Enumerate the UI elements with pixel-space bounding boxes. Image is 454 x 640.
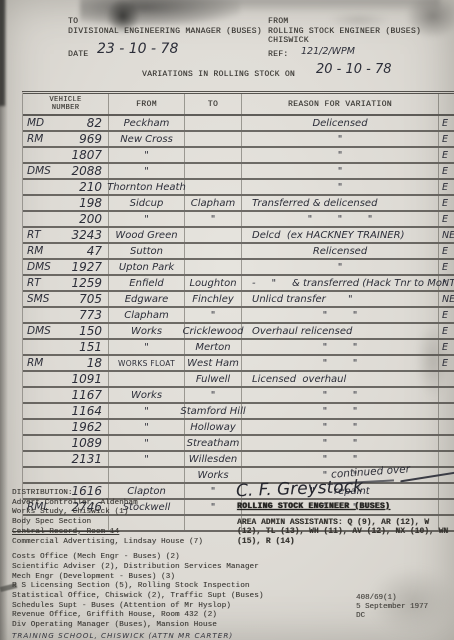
vehicle-number: 47 <box>87 244 102 258</box>
table-row: 1091FulwellLicensed overhaul <box>23 372 454 388</box>
to-cell: Holloway <box>185 420 242 434</box>
form-footer: 408/69(1) 5 September 1977 DC <box>356 594 428 621</box>
from-cell: " <box>109 404 185 418</box>
area-code-cell: E <box>439 148 454 162</box>
reason-cell: Unlicd transfer " <box>242 292 439 306</box>
to-cell: " <box>185 308 242 322</box>
vehicle-number: 198 <box>79 196 102 210</box>
from-value-location: CHISWICK <box>268 36 309 45</box>
to-cell: Clapham <box>185 196 242 210</box>
vehicle-number: 1164 <box>71 404 102 418</box>
to-cell: " <box>185 388 242 402</box>
vehicle-cell: MD82 <box>23 116 109 130</box>
vehicle-cell: 1962 <box>23 420 109 434</box>
form-number: 408/69(1) <box>356 594 428 603</box>
ref-value-handwritten: 121/2/WPM <box>301 46 355 57</box>
area-code-cell: E <box>439 132 454 146</box>
reason-cell: Relicensed <box>242 244 439 258</box>
vehicle-prefix: RM <box>27 357 43 369</box>
vehicle-prefix: DMS <box>27 165 51 177</box>
reason-cell: " <box>242 260 439 274</box>
header-vehicle-number: VEHICLE NUMBER <box>23 94 109 114</box>
table-row: 210Thornton Heath"E <box>23 180 454 196</box>
vehicle-cell: 198 <box>23 196 109 210</box>
table-row: RT1259EnfieldLoughton- " & transferred (… <box>23 276 454 292</box>
from-cell: Sutton <box>109 244 185 258</box>
area-code-cell: E <box>439 244 454 258</box>
distribution-item: Div Operating Manager (Buses), Mansion H… <box>12 621 312 631</box>
reason-cell: " " " <box>242 212 439 226</box>
area-code-cell: E <box>439 340 454 354</box>
header-vehicle-line1: VEHICLE <box>49 96 81 104</box>
to-cell: Finchley <box>185 292 242 306</box>
to-cell <box>185 260 242 274</box>
page-title: VARIATIONS IN ROLLING STOCK ON <box>142 70 295 79</box>
vehicle-prefix: DMS <box>27 325 51 337</box>
from-cell: " <box>109 452 185 466</box>
vehicle-number: 151 <box>79 340 102 354</box>
to-cell: Streatham <box>185 436 242 450</box>
reason-cell: " " <box>242 356 439 370</box>
from-cell: Peckham <box>109 116 185 130</box>
from-cell: Clapham <box>109 308 185 322</box>
vehicle-number: 210 <box>79 180 102 194</box>
from-cell <box>109 468 185 482</box>
from-cell: Wood Green <box>109 228 185 242</box>
header-code <box>439 94 454 114</box>
area-admin-assistants: AREA ADMIN ASSISTANTS: Q (9), AR (12), W… <box>237 518 454 546</box>
to-cell: Willesden <box>185 452 242 466</box>
form-initials: DC <box>356 612 428 621</box>
reason-cell: Licensed overhaul <box>242 372 439 386</box>
to-label: TO <box>68 17 78 26</box>
vehicle-number: 200 <box>79 212 102 226</box>
to-cell <box>185 132 242 146</box>
reason-cell: Delcd (ex HACKNEY TRAINER) <box>242 228 439 242</box>
table-row: DMS2088""E <box>23 164 454 180</box>
area-code-cell: E <box>439 212 454 226</box>
reason-cell: Transferred & delicensed <box>242 196 439 210</box>
vehicle-number: 2131 <box>71 452 102 466</box>
from-cell: Works <box>109 388 185 402</box>
from-cell: New Cross <box>109 132 185 146</box>
vehicle-number: 1259 <box>71 276 102 290</box>
table-row: 1167Works"" " <box>23 388 454 404</box>
to-cell <box>185 116 242 130</box>
to-value: DIVISIONAL ENGINEERING MANAGER (BUSES) <box>68 27 262 36</box>
vehicle-cell: DMS150 <box>23 324 109 338</box>
from-cell: Edgware <box>109 292 185 306</box>
vehicle-cell: 773 <box>23 308 109 322</box>
vehicle-cell: DMS2088 <box>23 164 109 178</box>
vehicle-cell: 2131 <box>23 452 109 466</box>
reason-cell: " <box>242 148 439 162</box>
area-code-cell <box>439 372 454 386</box>
reason-cell: " " <box>242 420 439 434</box>
reason-cell: " " <box>242 388 439 402</box>
vehicle-cell <box>23 468 109 482</box>
distribution-item: R S Licensing Section (5), Rolling Stock… <box>12 582 312 592</box>
date-value-handwritten: 23 - 10 - 78 <box>97 41 178 57</box>
table-row: RM47SuttonRelicensedE <box>23 244 454 260</box>
from-cell: Thornton Heath <box>109 180 185 194</box>
table-row: 1807""E <box>23 148 454 164</box>
vehicle-cell: 151 <box>23 340 109 354</box>
distribution-item: Costs Office (Mech Engr - Buses) (2) <box>12 553 312 563</box>
vehicle-cell: 1807 <box>23 148 109 162</box>
header-vehicle-line2: NUMBER <box>52 104 80 112</box>
distribution-item: Revenue Office, Griffith House, Room 432… <box>12 611 312 621</box>
distribution-item: Schedules Supt - Buses (Attention of Mr … <box>12 602 312 612</box>
vehicle-number: 3243 <box>71 228 102 242</box>
to-cell <box>185 180 242 194</box>
from-cell: Enfield <box>109 276 185 290</box>
reason-cell: " <box>242 164 439 178</box>
table-row: SMS705EdgwareFinchleyUnlicd transfer "NE… <box>23 292 454 308</box>
area-code-cell: E <box>439 116 454 130</box>
area-code-cell <box>439 420 454 434</box>
title-date-handwritten: 20 - 10 - 78 <box>316 62 392 77</box>
from-cell: " <box>109 436 185 450</box>
vehicle-cell: SMS705 <box>23 292 109 306</box>
to-cell: Fulwell <box>185 372 242 386</box>
area-code-cell: E <box>439 180 454 194</box>
from-cell: Sidcup <box>109 196 185 210</box>
from-cell: Upton Park <box>109 260 185 274</box>
reason-cell: " " <box>242 436 439 450</box>
to-cell: Cricklewood <box>185 324 242 338</box>
to-cell: Stamford Hill <box>185 404 242 418</box>
to-cell <box>185 148 242 162</box>
from-cell: " <box>109 212 185 226</box>
table-row: RM969New Cross"E <box>23 132 454 148</box>
vehicle-cell: RM47 <box>23 244 109 258</box>
vehicle-number: 1962 <box>71 420 102 434</box>
vehicle-cell: 1164 <box>23 404 109 418</box>
area-code-cell: E <box>439 196 454 210</box>
vehicle-cell: DMS1927 <box>23 260 109 274</box>
reason-cell: Overhaul relicensed <box>242 324 439 338</box>
reason-cell: " <box>242 132 439 146</box>
table-row: MD82PeckhamDelicensedE <box>23 116 454 132</box>
vehicle-cell: RT3243 <box>23 228 109 242</box>
to-cell: Merton <box>185 340 242 354</box>
to-cell: Loughton <box>185 276 242 290</box>
distribution-list: DISTRIBUTION: Advert Controller, Aldenha… <box>12 489 312 640</box>
to-cell: West Ham <box>185 356 242 370</box>
form-date: 5 September 1977 <box>356 603 428 612</box>
from-cell: " <box>109 420 185 434</box>
from-label: FROM <box>268 17 288 26</box>
to-cell: Works <box>185 468 242 482</box>
vehicle-prefix: RT <box>27 277 41 289</box>
header-from: FROM <box>109 94 185 114</box>
area-code-cell: NE & E <box>439 292 454 306</box>
vehicle-number: 1089 <box>71 436 102 450</box>
reason-cell: " " <box>242 340 439 354</box>
vehicle-number: 18 <box>87 356 102 370</box>
distribution-item: Statistical Office, Chiswick (2), Traffi… <box>12 592 312 602</box>
area-code-cell: E <box>439 356 454 370</box>
from-value: ROLLING STOCK ENGINEER (BUSES) <box>268 27 421 36</box>
vehicle-number: 1807 <box>71 148 102 162</box>
table-row: 1089"Streatham" " <box>23 436 454 452</box>
vehicle-prefix: RM <box>27 133 43 145</box>
from-cell: WORKS FLOAT <box>109 356 185 370</box>
area-code-cell <box>439 484 454 498</box>
area-code-cell <box>439 500 454 514</box>
area-code-cell <box>439 436 454 450</box>
vehicle-number: 150 <box>79 324 102 338</box>
from-cell: Works <box>109 324 185 338</box>
vehicle-number: 2088 <box>71 164 102 178</box>
table-header-row: VEHICLE NUMBER FROM TO REASON FOR VARIAT… <box>23 94 454 116</box>
distribution-item: Scientific Adviser (2), Distribution Ser… <box>12 563 312 573</box>
vehicle-prefix: MD <box>27 117 44 129</box>
date-label: DATE <box>68 50 88 59</box>
table-row: 773Clapham"" "E <box>23 308 454 324</box>
vehicle-prefix: RT <box>27 229 41 241</box>
vehicle-prefix: DMS <box>27 261 51 273</box>
vehicle-prefix: SMS <box>27 293 49 305</box>
table-row: DMS150WorksCricklewoodOverhaul relicense… <box>23 324 454 340</box>
vehicle-cell: 200 <box>23 212 109 226</box>
vehicle-number: 969 <box>79 132 102 146</box>
vehicle-number: 705 <box>79 292 102 306</box>
distribution-item: Mech Engr (Development - Buses) (3) <box>12 573 312 583</box>
reason-cell: " " <box>242 404 439 418</box>
vehicle-number: 773 <box>79 308 102 322</box>
table-row: 1962"Holloway" " <box>23 420 454 436</box>
area-code-cell: NE <box>439 228 454 242</box>
vehicle-prefix: RM <box>27 245 43 257</box>
vehicle-cell: 1167 <box>23 388 109 402</box>
table-row: DMS1927Upton Park"E <box>23 260 454 276</box>
from-cell: " <box>109 164 185 178</box>
area-code-cell: E <box>439 164 454 178</box>
vehicle-number: 1167 <box>71 388 102 402</box>
reason-cell: - " & transferred (Hack Tnr to Mor Tnr) <box>242 276 439 290</box>
table-row: RT3243Wood GreenDelcd (ex HACKNEY TRAINE… <box>23 228 454 244</box>
from-cell: " <box>109 148 185 162</box>
reason-cell: Delicensed <box>242 116 439 130</box>
to-cell <box>185 228 242 242</box>
area-code-cell <box>439 404 454 418</box>
area-code-cell <box>439 452 454 466</box>
to-cell <box>185 244 242 258</box>
vehicle-number: 82 <box>87 116 102 130</box>
table-row: 151"Merton" "E <box>23 340 454 356</box>
header-reason: REASON FOR VARIATION <box>242 94 439 114</box>
area-code-cell: E <box>439 260 454 274</box>
from-cell <box>109 372 185 386</box>
vehicle-cell: RM18 <box>23 356 109 370</box>
table-row: 198SidcupClaphamTransferred & delicensed… <box>23 196 454 212</box>
area-code-cell: N <box>439 276 454 290</box>
distribution-item: TRAINING SCHOOL, CHISWICK (ATTN MR CARTE… <box>12 631 312 640</box>
vehicle-cell: RM969 <box>23 132 109 146</box>
to-cell: " <box>185 212 242 226</box>
from-cell: " <box>109 340 185 354</box>
header-to: TO <box>185 94 242 114</box>
vehicle-cell: 1091 <box>23 372 109 386</box>
area-code-cell <box>439 388 454 402</box>
vehicle-cell: 1089 <box>23 436 109 450</box>
vehicle-cell: RT1259 <box>23 276 109 290</box>
table-row: 200""" " "E <box>23 212 454 228</box>
reason-cell: " <box>242 180 439 194</box>
reason-cell: " " <box>242 308 439 322</box>
vehicle-number: 1927 <box>71 260 102 274</box>
vehicle-cell: 210 <box>23 180 109 194</box>
table-row: RM18WORKS FLOATWest Ham" "E <box>23 356 454 372</box>
to-cell <box>185 164 242 178</box>
table-row: 1164"Stamford Hill" " <box>23 404 454 420</box>
area-code-cell: E <box>439 308 454 322</box>
area-code-cell: E <box>439 324 454 338</box>
vehicle-number: 1091 <box>71 372 102 386</box>
signature-title: ROLLING STOCK ENGINEER (BUSES) <box>237 502 390 511</box>
ref-label: REF: <box>268 50 288 59</box>
